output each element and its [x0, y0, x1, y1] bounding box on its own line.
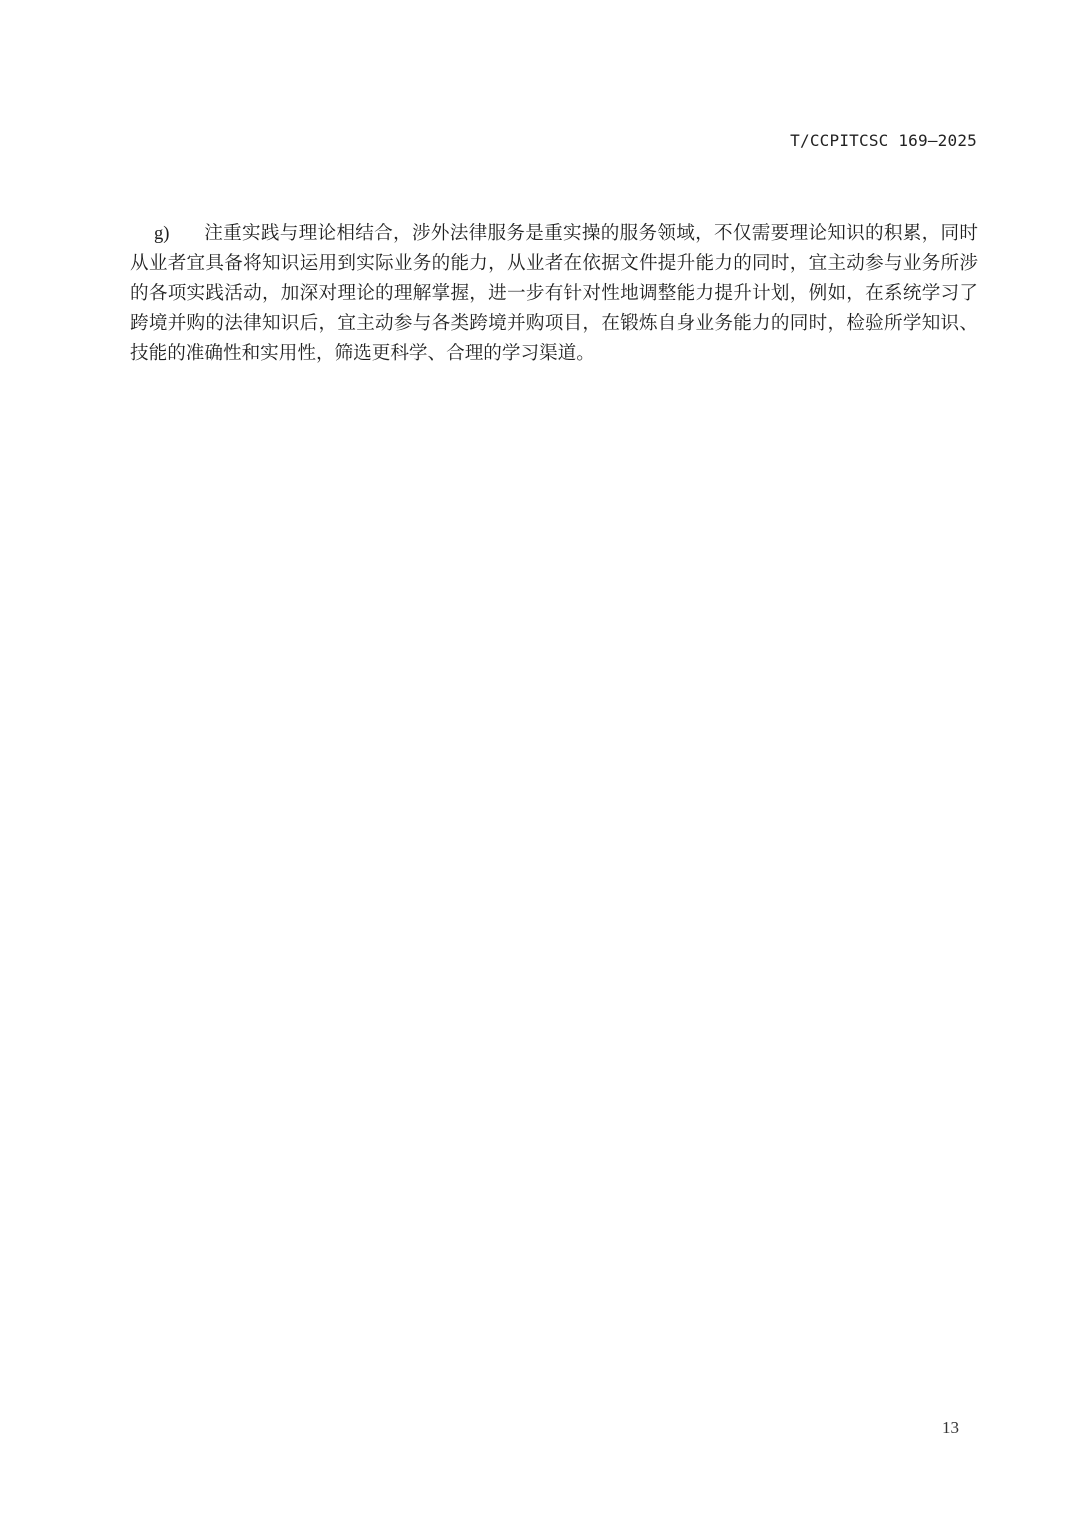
standard-code-header: T/CCPITCSC 169—2025	[790, 131, 977, 151]
paragraph-line-5: 技能的准确性和实用性，筛选更科学、合理的学习渠道。	[130, 339, 978, 369]
paragraph-line-1: g)注重实践与理论相结合，涉外法律服务是重实操的服务领域，不仅需要理论知识的积累…	[130, 219, 978, 249]
list-item-g: g)注重实践与理论相结合，涉外法律服务是重实操的服务领域，不仅需要理论知识的积累…	[130, 219, 978, 369]
paragraph-line-3: 的各项实践活动，加深对理论的理解掌握，进一步有针对性地调整能力提升计划，例如，在…	[130, 279, 978, 309]
paragraph-line-4: 跨境并购的法律知识后，宜主动参与各类跨境并购项目，在锻炼自身业务能力的同时，检验…	[130, 309, 978, 339]
page-number: 13	[942, 1418, 959, 1438]
item-marker: g)	[154, 219, 204, 249]
paragraph-line-1-text: 注重实践与理论相结合，涉外法律服务是重实操的服务领域，不仅需要理论知识的积累，同…	[204, 223, 978, 244]
paragraph-line-2: 从业者宜具备将知识运用到实际业务的能力，从业者在依据文件提升能力的同时，宜主动参…	[130, 249, 978, 279]
